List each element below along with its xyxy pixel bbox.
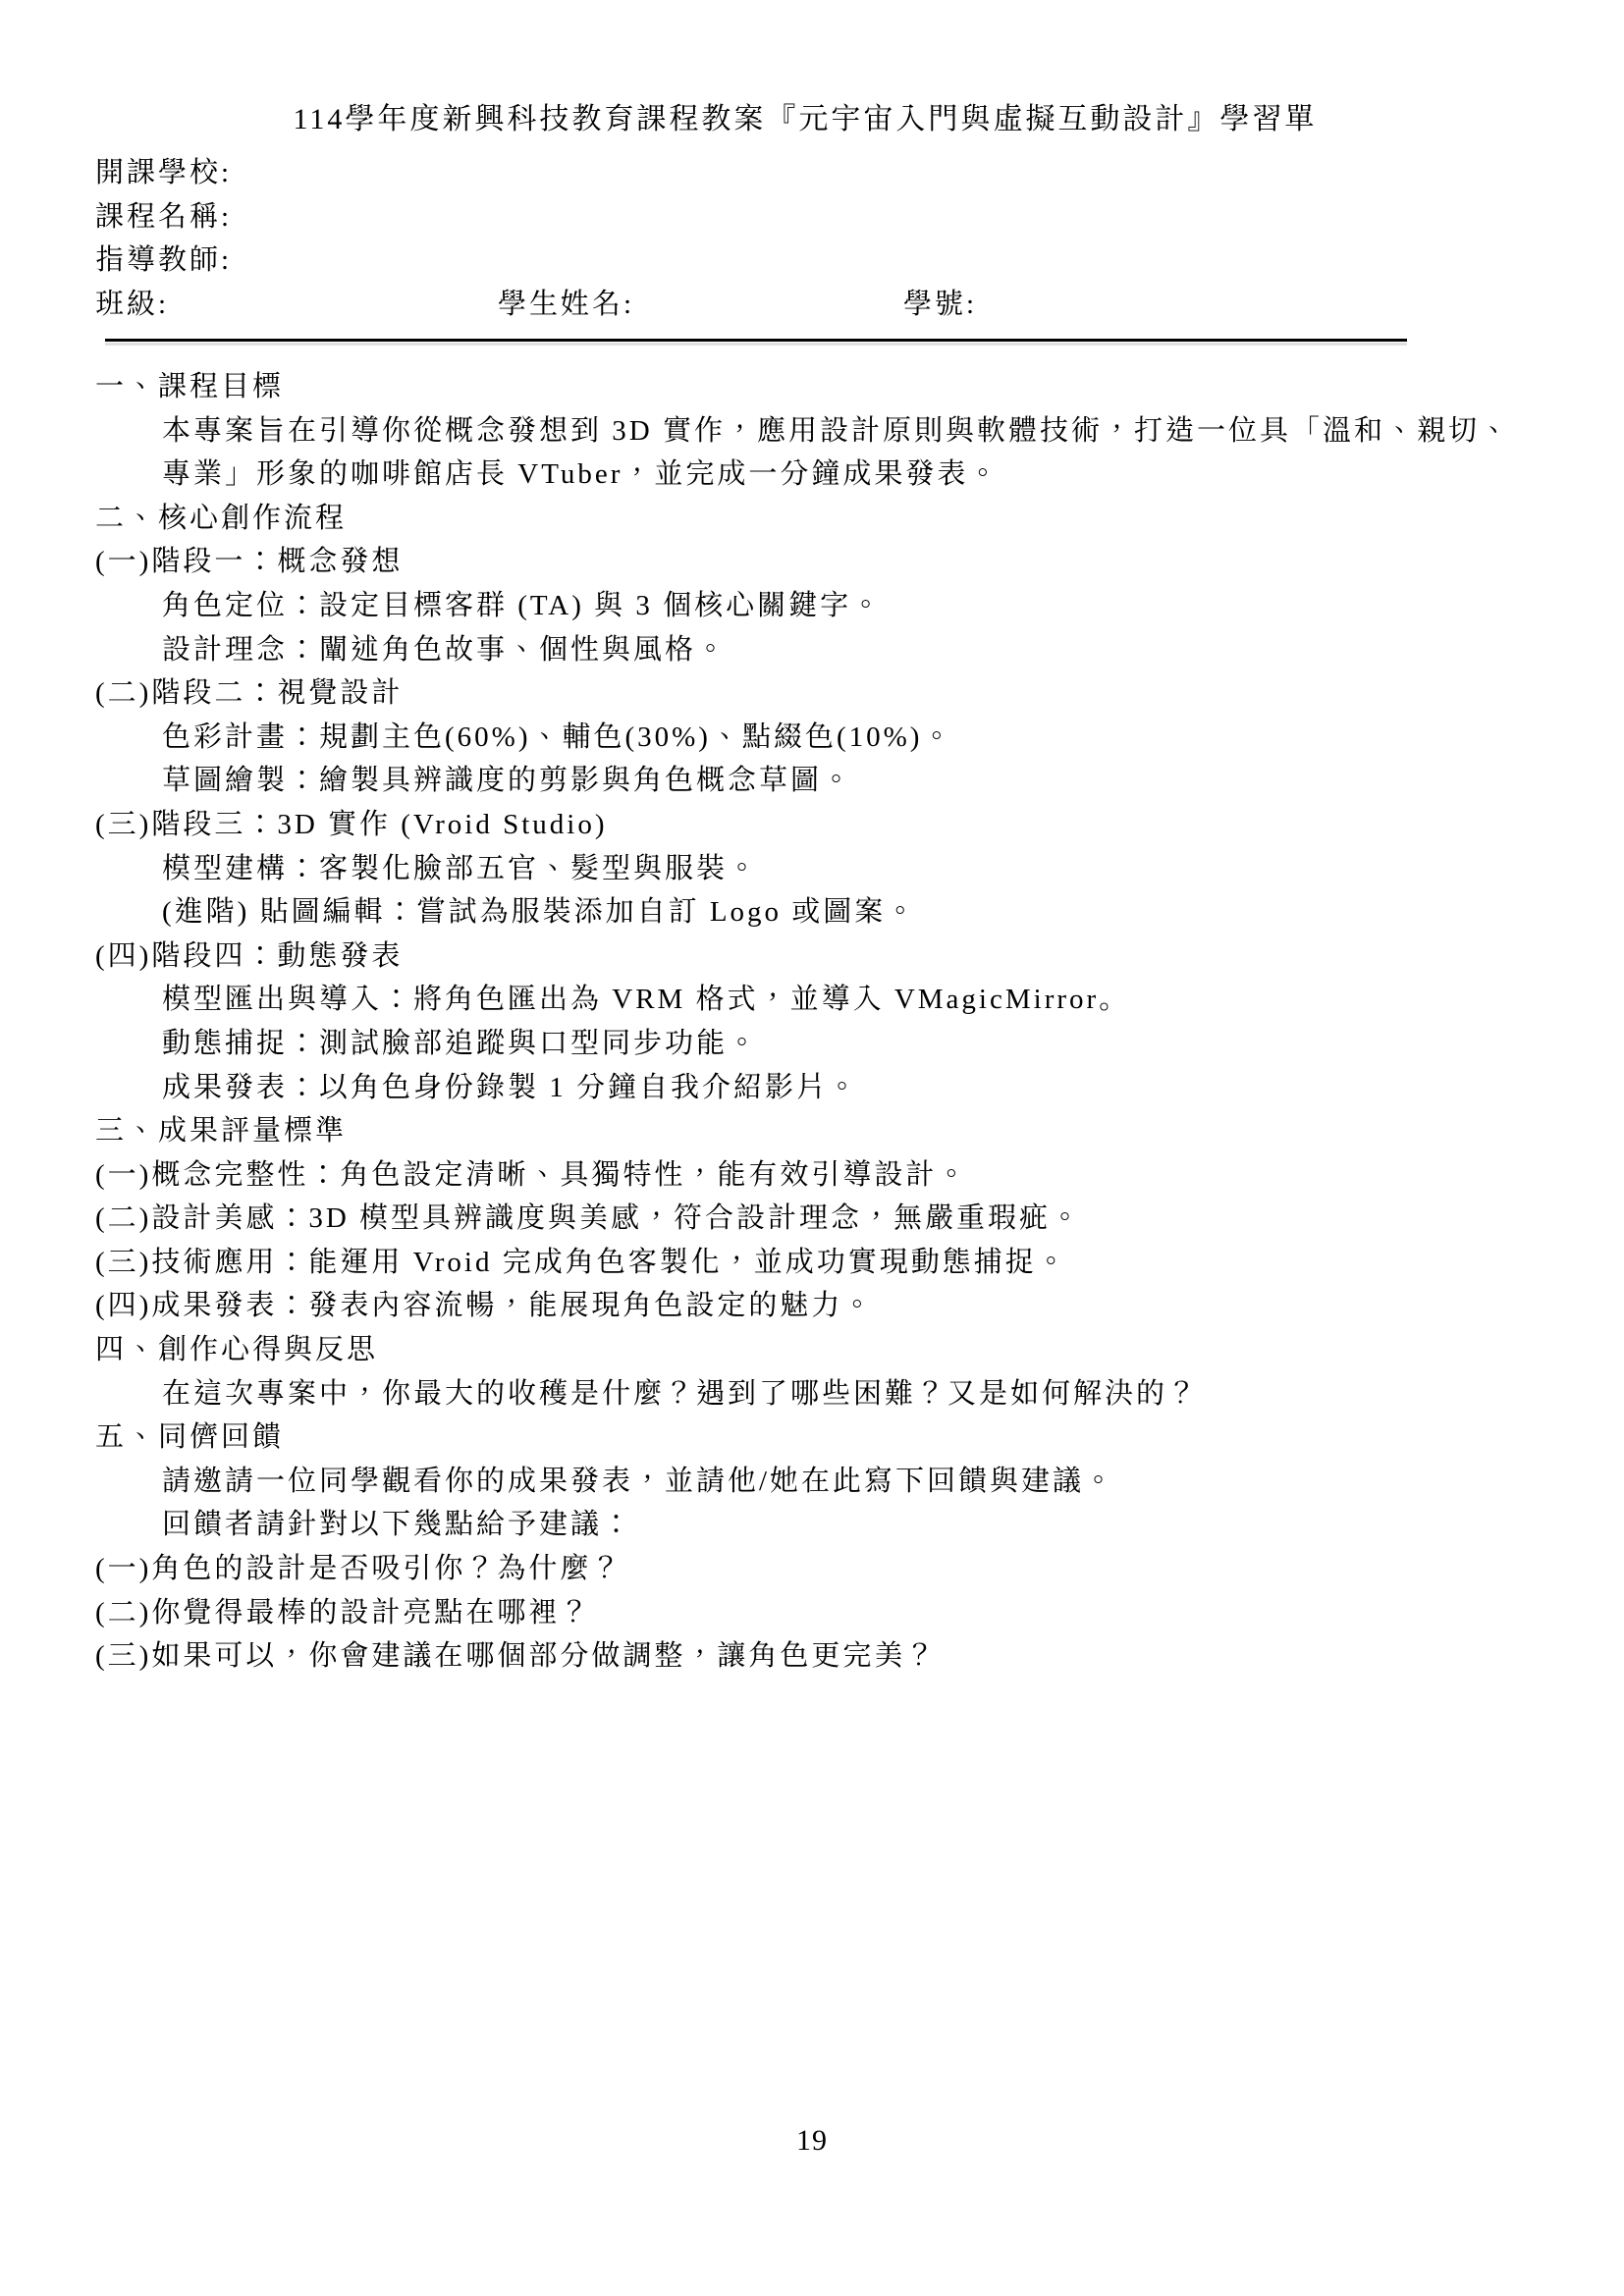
document-header: 114學年度新興科技教育課程教案『元宇宙入門與虛擬互動設計』學習單 開課學校: … [95,98,1515,326]
body-line: 本專案旨在引導你從概念發想到 3D 實作，應用設計原則與軟體技術，打造一位具「溫… [95,409,1515,497]
page-number: 19 [0,2124,1624,2158]
field-student-name-label: 學生姓名: [498,283,634,327]
section-heading: 三、成果評量標準 [95,1109,1515,1153]
body-line: (二)設計美感：3D 模型具辨識度與美感，符合設計理念，無嚴重瑕疵。 [95,1197,1515,1241]
field-teacher-label: 指導教師: [95,239,1515,283]
body-line: 動態捕捉：測試臉部追蹤與口型同步功能。 [95,1022,1515,1066]
section-course-objectives: 一、課程目標 本專案旨在引導你從概念發想到 3D 實作，應用設計原則與軟體技術，… [95,365,1515,497]
body-line: 模型建構：客製化臉部五官、髮型與服裝。 [95,847,1515,891]
field-student-id-label: 學號: [903,283,977,327]
body-line: (三)如果可以，你會建議在哪個部分做調整，讓角色更完美？ [95,1634,1515,1679]
body-line: 色彩計畫：規劃主色(60%)、輔色(30%)、點綴色(10%)。 [95,716,1515,760]
body-line: (四)成果發表：發表內容流暢，能展現角色設定的魅力。 [95,1284,1515,1328]
body-line: 請邀請一位同學觀看你的成果發表，並請他/她在此寫下回饋與建議。 [95,1460,1515,1504]
body-line: (三)階段三：3D 實作 (Vroid Studio) [95,803,1515,847]
header-divider [105,339,1407,342]
body-line: (四)階段四：動態發表 [95,934,1515,979]
body-line: 角色定位：設定目標客群 (TA) 與 3 個核心關鍵字。 [95,584,1515,628]
body-line: (進階) 貼圖編輯：嘗試為服裝添加自訂 Logo 或圖案。 [95,890,1515,934]
body-line: 在這次專案中，你最大的收穫是什麼？遇到了哪些困難？又是如何解決的？ [95,1372,1515,1416]
body-line: (一)角色的設計是否吸引你？為什麼？ [95,1547,1515,1591]
section-core-creation-process: 二、核心創作流程 (一)階段一：概念發想 角色定位：設定目標客群 (TA) 與 … [95,497,1515,1109]
body-line: (二)階段二：視覺設計 [95,671,1515,716]
worksheet-page: 114學年度新興科技教育課程教案『元宇宙入門與虛擬互動設計』學習單 開課學校: … [0,0,1624,2296]
body-line: 草圖繪製：繪製具辨識度的剪影與角色概念草圖。 [95,759,1515,803]
section-heading: 五、同儕回饋 [95,1415,1515,1460]
body-line: (二)你覺得最棒的設計亮點在哪裡？ [95,1591,1515,1635]
body-line: (三)技術應用：能運用 Vroid 完成角色客製化，並成功實現動態捕捉。 [95,1241,1515,1285]
body-line: 模型匯出與導入：將角色匯出為 VRM 格式，並導入 VMagicMirror。 [95,978,1515,1022]
section-heading: 四、創作心得與反思 [95,1328,1515,1372]
section-heading: 一、課程目標 [95,365,1515,409]
body-line: 回饋者請針對以下幾點給予建議： [95,1503,1515,1547]
body-line: (一)階段一：概念發想 [95,540,1515,584]
field-school-label: 開課學校: [95,151,1515,195]
document-title: 114學年度新興科技教育課程教案『元宇宙入門與虛擬互動設計』學習單 [95,98,1515,141]
body-line: 設計理念：闡述角色故事、個性與風格。 [95,628,1515,672]
section-peer-feedback: 五、同儕回饋 請邀請一位同學觀看你的成果發表，並請他/她在此寫下回饋與建議。 回… [95,1415,1515,1679]
field-class-label: 班級: [95,283,169,327]
body-line: 成果發表：以角色身份錄製 1 分鐘自我介紹影片。 [95,1066,1515,1110]
field-course-label: 課程名稱: [95,195,1515,240]
section-reflection: 四、創作心得與反思 在這次專案中，你最大的收穫是什麼？遇到了哪些困難？又是如何解… [95,1328,1515,1415]
field-row-student-info: 班級: 學生姓名: 學號: [95,283,1515,327]
body-line: (一)概念完整性：角色設定清晰、具獨特性，能有效引導設計。 [95,1153,1515,1198]
document-body: 一、課程目標 本專案旨在引導你從概念發想到 3D 實作，應用設計原則與軟體技術，… [95,365,1515,1679]
section-heading: 二、核心創作流程 [95,497,1515,541]
section-assessment-criteria: 三、成果評量標準 (一)概念完整性：角色設定清晰、具獨特性，能有效引導設計。 (… [95,1109,1515,1328]
